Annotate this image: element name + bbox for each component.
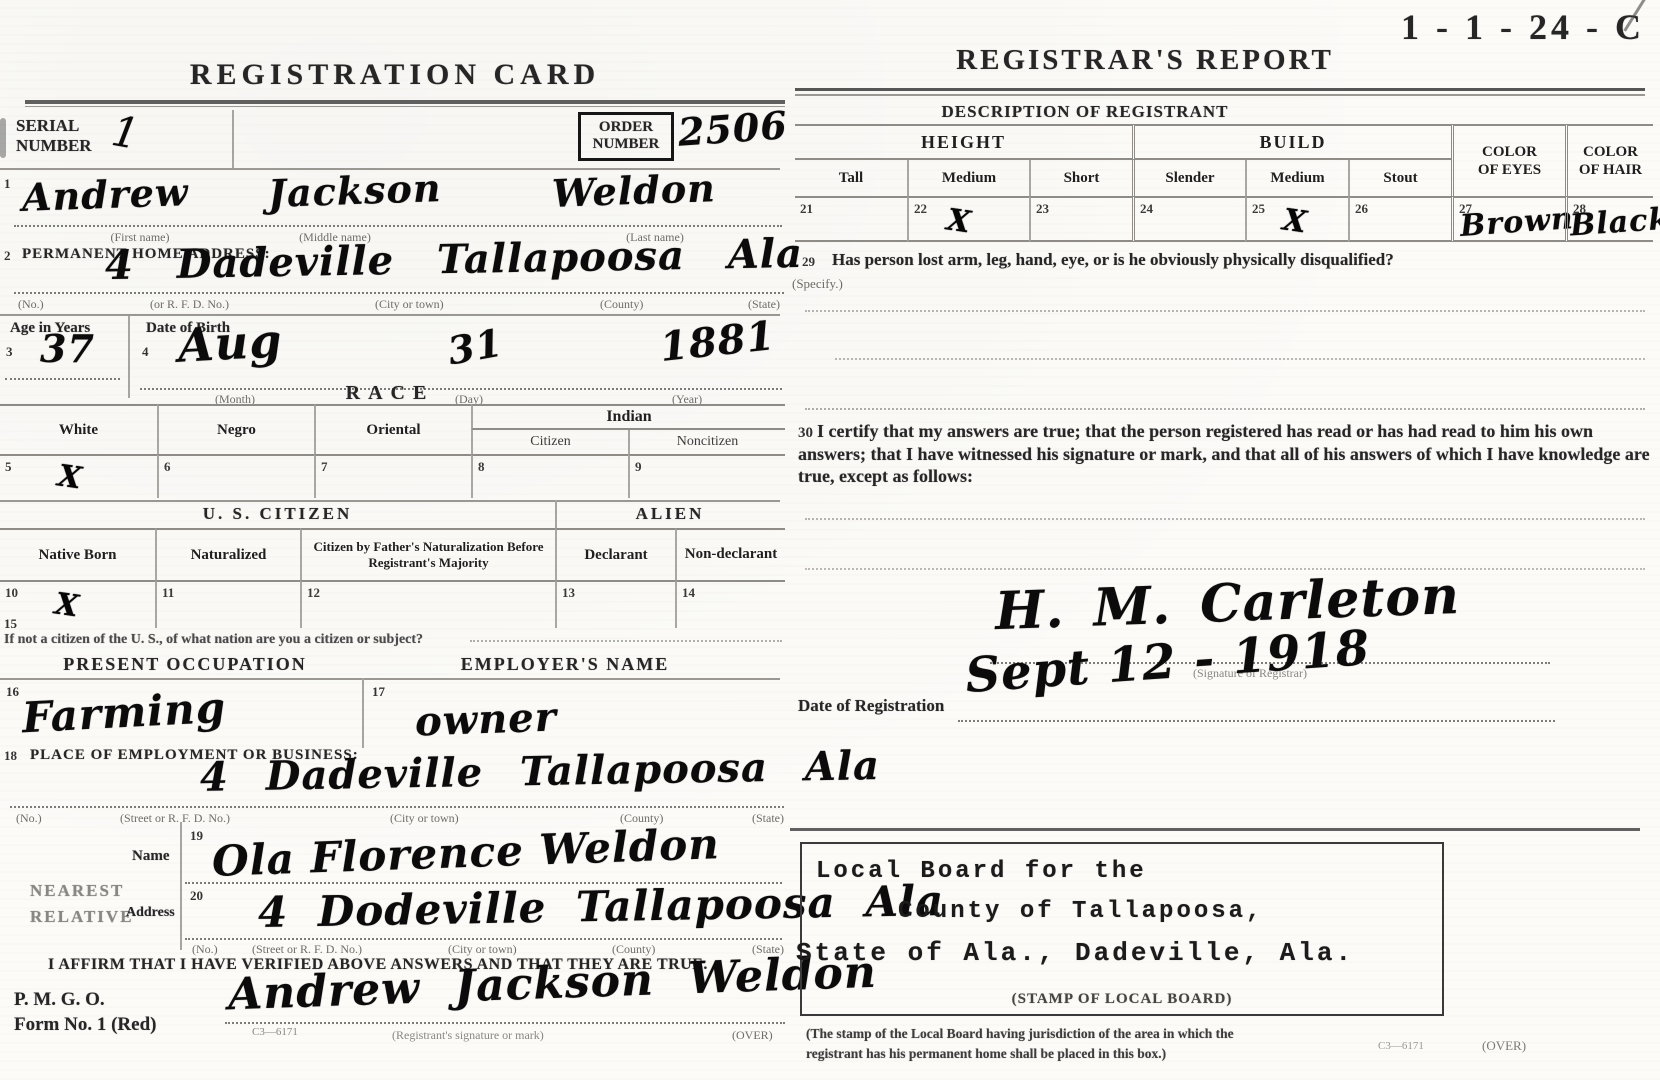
address-sublabel-county: (County) <box>600 297 643 312</box>
relative-name-label: Name <box>132 848 170 865</box>
dob-number: 4 <box>142 344 149 360</box>
relative-name-value: Ola Florence Weldon <box>211 823 720 883</box>
description-heading: DESCRIPTION OF REGISTRANT <box>790 102 1380 122</box>
q29-blank-line-3 <box>805 408 1645 410</box>
report-rule-2 <box>795 94 1645 96</box>
citizen-col-father: Citizen by Father's Naturalization Befor… <box>300 528 555 580</box>
q15-number: 15 <box>4 616 17 632</box>
board-stamp-caption: (STAMP OF LOCAL BOARD) <box>802 991 1442 1008</box>
registrant-signature-sublabel: (Registrant's signature or mark) <box>392 1028 544 1043</box>
employment-place-value: 4 Dadeville Tallapoosa Ala <box>200 746 881 798</box>
cell-26-number: 26 <box>1355 201 1368 217</box>
rel-sublabel-no: (No.) <box>192 942 218 957</box>
occupation-heading: PRESENT OCCUPATION <box>20 654 350 675</box>
citizen-cell-declarant: 13 <box>555 580 675 628</box>
age-line <box>5 378 120 380</box>
home-address-value: 4 Dadeville Tallapoosa Ala <box>105 234 804 286</box>
registration-date-label: Date of Registration <box>798 696 944 716</box>
q29-blank-line-2 <box>835 358 1645 360</box>
dob-day-value: 31 <box>445 324 506 371</box>
scanned-draft-card: REGISTRATION CARD SERIAL NUMBER 1 ORDER … <box>0 0 1660 1080</box>
relative-address-line <box>185 938 782 940</box>
alien-col-nondeclarant: Non-declarant <box>675 528 785 580</box>
employment-line <box>10 806 784 808</box>
q15-text: If not a citizen of the U. S., of what n… <box>4 632 423 648</box>
left-form-code: C3—6171 <box>252 1026 298 1038</box>
citizen-col-naturalized: Naturalized <box>155 528 300 580</box>
citizen-cell-14-number: 14 <box>682 585 695 601</box>
form-id-label: P. M. G. O. Form No. 1 (Red) <box>14 988 156 1037</box>
rel-sublabel-city: (City or town) <box>448 942 517 957</box>
age-number: 3 <box>6 344 13 360</box>
relative-divider <box>180 822 182 950</box>
registration-card-page: REGISTRATION CARD SERIAL NUMBER 1 ORDER … <box>0 0 790 1080</box>
q19-number: 19 <box>190 828 203 844</box>
address-line <box>14 292 784 294</box>
board-stamp-line-2: County of Tallapoosa, <box>898 898 1263 925</box>
citizen-cell-13-number: 13 <box>562 585 575 601</box>
q15-line <box>470 640 782 642</box>
race-table: White Negro Oriental Indian Citizen Nonc… <box>0 404 785 498</box>
order-number-value: 2506 <box>677 106 789 152</box>
registration-date-line <box>958 720 1555 722</box>
board-stamp-line-3: State of Ala., Dadeville, Ala. <box>796 938 1354 968</box>
citizen-cell-10-number: 10 <box>5 585 18 601</box>
address-sublabel-no: (No.) <box>18 297 44 312</box>
alien-col-declarant: Declarant <box>555 528 675 580</box>
race-white-x-mark: X <box>56 459 84 497</box>
height-medium-x-mark: X <box>945 203 973 241</box>
first-name-value: Andrew <box>21 173 189 217</box>
report-rule-1 <box>795 88 1645 91</box>
serial-number-label: SERIAL NUMBER <box>16 116 92 155</box>
hair-color-cell: 28 Black <box>1565 196 1653 242</box>
q29-number: 29 <box>802 254 815 270</box>
order-number-label: ORDER NUMBER <box>578 112 674 161</box>
race-col-indian-citizen: Citizen <box>471 430 628 454</box>
citizen-cell-naturalized: 11 <box>155 580 300 628</box>
address-sublabel-city: (City or town) <box>375 297 444 312</box>
cell-21-number: 21 <box>800 201 813 217</box>
race-col-indian: Indian <box>471 404 785 430</box>
race-col-white: White <box>0 404 157 454</box>
title-rule-2 <box>25 106 785 107</box>
height-tall-label: Tall <box>795 160 907 196</box>
build-group-heading: BUILD <box>1132 124 1451 160</box>
q1-number: 1 <box>4 176 11 192</box>
employer-heading: EMPLOYER'S NAME <box>400 654 730 675</box>
dob-month-value: Aug <box>177 317 284 368</box>
address-sublabel-state: (State) <box>748 297 780 312</box>
race-cell-oriental: 7 <box>314 454 471 498</box>
local-board-stamp-box: Local Board for the County of Tallapoosa… <box>800 842 1444 1016</box>
q29-text: Has person lost arm, leg, hand, eye, or … <box>832 250 1650 270</box>
q30-blank-line-2 <box>805 568 1645 570</box>
stamp-instruction-note: (The stamp of the Local Board having jur… <box>806 1024 1281 1065</box>
race-col-oriental: Oriental <box>314 404 471 454</box>
race-cell-noncitizen: 9 <box>628 454 785 498</box>
q30-number: 30 <box>798 425 813 441</box>
serial-number-value: 1 <box>109 110 144 156</box>
rel-sublabel-street: (Street or R. F. D. No.) <box>252 942 362 957</box>
race-cell-6-number: 6 <box>164 459 171 475</box>
citizenship-table: Native Born Naturalized Citizen by Fathe… <box>0 528 785 628</box>
race-cell-citizen: 8 <box>471 454 628 498</box>
dob-year-value: 1881 <box>658 316 777 368</box>
native-born-x-mark: X <box>53 587 81 625</box>
height-medium-cell: 22 X <box>907 196 1029 242</box>
build-medium-label: Medium <box>1245 160 1348 196</box>
middle-name-value: Jackson <box>267 169 442 213</box>
hair-color-heading: COLOR OF HAIR <box>1565 124 1653 196</box>
citizen-cell-12-number: 12 <box>307 585 320 601</box>
occupation-value: Farming <box>21 687 227 740</box>
citizen-cell-native-born: 10 X <box>0 580 155 628</box>
us-citizen-heading: U. S. CITIZEN <box>0 504 555 524</box>
q18-sublabel-street: (Street or R. F. D. No.) <box>120 811 230 826</box>
race-cell-white: 5 X <box>0 454 157 498</box>
build-slender-cell: 24 <box>1132 196 1245 242</box>
board-stamp-line-1: Local Board for the <box>816 858 1147 885</box>
registrars-report-page: 1 - 1 - 24 - C REGISTRAR'S REPORT DESCRI… <box>790 0 1660 1080</box>
hair-color-value: Black <box>1569 205 1660 242</box>
nearest-relative-label: NEAREST RELATIVE <box>30 878 134 929</box>
registrars-report-title: REGISTRAR'S REPORT <box>790 44 1500 77</box>
height-short-cell: 23 <box>1029 196 1132 242</box>
occupation-divider <box>362 678 364 748</box>
last-name-value: Weldon <box>551 169 716 213</box>
q18-sublabel-no: (No.) <box>16 811 42 826</box>
q30-certification: 30 I certify that my answers are true; t… <box>798 420 1650 488</box>
build-stout-label: Stout <box>1348 160 1451 196</box>
height-medium-label: Medium <box>907 160 1029 196</box>
q2-number: 2 <box>4 248 11 264</box>
scan-artifact-edge <box>0 118 6 158</box>
race-cell-8-number: 8 <box>478 459 485 475</box>
right-over-label: (OVER) <box>1482 1038 1526 1054</box>
age-value: 37 <box>40 330 95 368</box>
q18-number: 18 <box>4 748 17 764</box>
serial-stamp: 1 - 1 - 24 - C <box>1401 6 1645 48</box>
race-cell-5-number: 5 <box>5 459 12 475</box>
eyes-color-value: Brown <box>1459 204 1575 242</box>
citizen-alien-divider <box>555 500 557 528</box>
relative-address-label: Address <box>126 905 175 921</box>
race-cell-9-number: 9 <box>635 459 642 475</box>
stamp-section-rule <box>790 828 1640 831</box>
height-group-heading: HEIGHT <box>795 124 1132 160</box>
race-heading: RACE <box>0 382 780 405</box>
address-sublabel-rfd: (or R. F. D. No.) <box>150 297 229 312</box>
cell-23-number: 23 <box>1036 201 1049 217</box>
description-table: HEIGHT BUILD COLOR OF EYES COLOR OF HAIR… <box>795 124 1653 242</box>
race-col-negro: Negro <box>157 404 314 454</box>
build-stout-cell: 26 <box>1348 196 1451 242</box>
cell-25-number: 25 <box>1252 201 1265 217</box>
cell-24-number: 24 <box>1140 201 1153 217</box>
name-line <box>14 225 782 227</box>
eyes-color-heading: COLOR OF EYES <box>1451 124 1565 196</box>
height-short-label: Short <box>1029 160 1132 196</box>
build-slender-label: Slender <box>1132 160 1245 196</box>
registration-card-title: REGISTRATION CARD <box>0 58 790 92</box>
signature-line <box>225 1022 785 1024</box>
title-rule <box>25 100 785 104</box>
left-over-label: (OVER) <box>732 1028 773 1043</box>
citizen-cell-nondeclarant: 14 <box>675 580 785 628</box>
citizen-cell-11-number: 11 <box>162 585 174 601</box>
occupation-rule <box>0 678 780 680</box>
race-col-indian-noncitizen: Noncitizen <box>628 430 785 454</box>
q18-sublabel-state: (State) <box>752 811 784 826</box>
section-rule <box>0 314 780 316</box>
q20-number: 20 <box>190 888 203 904</box>
alien-heading: ALIEN <box>555 504 785 524</box>
serial-divider <box>232 110 234 168</box>
q29-blank-line-1 <box>805 310 1645 312</box>
build-medium-x-mark: X <box>1281 203 1309 241</box>
q30-blank-line-1 <box>805 518 1645 520</box>
citizen-cell-father: 12 <box>300 580 555 628</box>
q18-sublabel-city: (City or town) <box>390 811 459 826</box>
cell-22-number: 22 <box>914 201 927 217</box>
registrar-signature: H. M. Carleton <box>994 570 1460 638</box>
employer-value: owner <box>414 698 557 743</box>
race-cell-negro: 6 <box>157 454 314 498</box>
citizen-col-native-born: Native Born <box>0 528 155 580</box>
eyes-color-cell: 27 Brown <box>1451 196 1565 242</box>
q17-number: 17 <box>372 684 385 700</box>
height-tall-cell: 21 <box>795 196 907 242</box>
citizen-band-rule <box>0 500 780 502</box>
q29-specify-label: (Specify.) <box>792 276 843 292</box>
right-form-code: C3—6171 <box>1378 1040 1424 1052</box>
q30-text: I certify that my answers are true; that… <box>798 421 1650 486</box>
build-medium-cell: 25 X <box>1245 196 1348 242</box>
race-cell-7-number: 7 <box>321 459 328 475</box>
q16-number: 16 <box>6 684 19 700</box>
